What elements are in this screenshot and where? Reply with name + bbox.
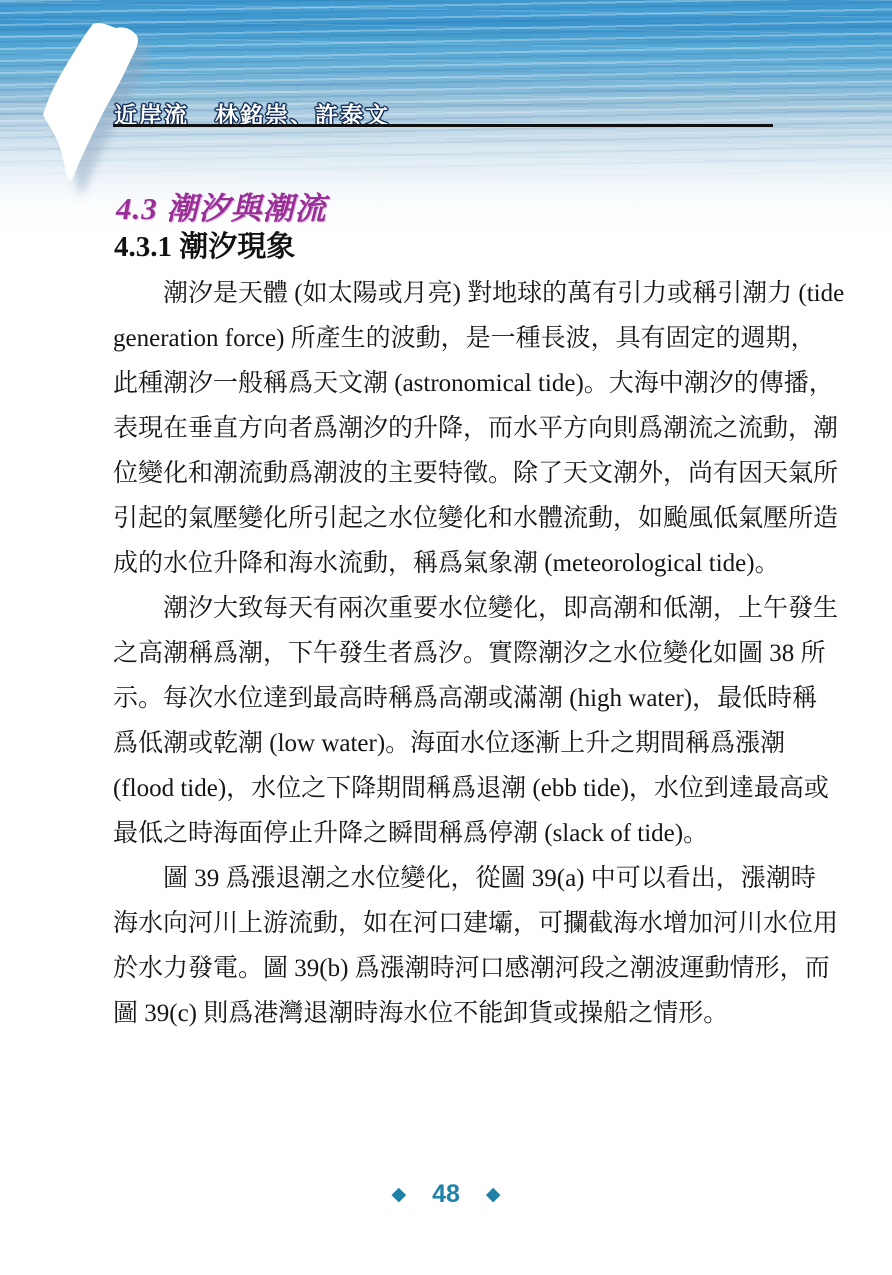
diamond-icon: ◆ [486,1185,501,1204]
text-line: generation force) 所產生的波動，是一種長波，具有固定的週期， [113,316,777,361]
text-line: 最低之時海面停止升降之瞬間稱爲停潮 (slack of tide)。 [113,811,777,856]
text-line: 之高潮稱爲潮，下午發生者爲汐。實際潮汐之水位變化如圖 38 所 [113,631,777,676]
text-line: 引起的氣壓變化所引起之水位變化和水體流動，如颱風低氣壓所造 [113,496,777,541]
text-line: 表現在垂直方向者爲潮汐的升降，而水平方向則爲潮流之流動，潮 [113,406,777,451]
header-rule [113,124,773,127]
page-footer: ◆ 48 ◆ [0,1180,892,1209]
section-heading: 4.3 潮汐與潮流 [116,183,327,228]
text-line: (flood tide)，水位之下降期間稱爲退潮 (ebb tide)，水位到達… [113,766,777,811]
paragraph: 圖 39 爲漲退潮之水位變化，從圖 39(a) 中可以看出，漲潮時 海水向河川上… [113,856,777,1036]
page: 近岸流林銘崇、許泰文 4.3 潮汐與潮流 4.3.1 潮汐現象 潮汐是天體 (如… [0,0,892,1275]
text-line: 成的水位升降和海水流動，稱爲氣象潮 (meteorological tide)。 [113,541,777,586]
text-line: 示。每次水位達到最高時稱爲高潮或滿潮 (high water)，最低時稱 [113,676,777,721]
text-line: 此種潮汐一般稱爲天文潮 (astronomical tide)。大海中潮汐的傳播… [113,361,777,406]
text-line: 圖 39 爲漲退潮之水位變化，從圖 39(a) 中可以看出，漲潮時 [113,856,777,901]
subsection-heading: 4.3.1 潮汐現象 [114,224,295,265]
page-number: 48 [432,1180,460,1209]
text-line: 潮汐是天體 (如太陽或月亮) 對地球的萬有引力或稱引潮力 (tide [113,271,777,316]
text-line: 海水向河川上游流動，如在河口建壩，可攔截海水增加河川水位用 [113,901,777,946]
text-line: 爲低潮或乾潮 (low water)。海面水位逐漸上升之期間稱爲漲潮 [113,721,777,766]
text-line: 潮汐大致每天有兩次重要水位變化，即高潮和低潮，上午發生 [113,586,777,631]
diamond-icon: ◆ [391,1185,406,1204]
text-line: 位變化和潮流動爲潮波的主要特徵。除了天文潮外，尚有因天氣所 [113,451,777,496]
paragraph: 潮汐是天體 (如太陽或月亮) 對地球的萬有引力或稱引潮力 (tide gener… [113,271,777,586]
text-line: 圖 39(c) 則爲港灣退潮時海水位不能卸貨或操船之情形。 [113,991,777,1036]
paragraph: 潮汐大致每天有兩次重要水位變化，即高潮和低潮，上午發生 之高潮稱爲潮，下午發生者… [113,586,777,856]
body-text: 潮汐是天體 (如太陽或月亮) 對地球的萬有引力或稱引潮力 (tide gener… [113,271,777,1036]
text-line: 於水力發電。圖 39(b) 爲漲潮時河口感潮河段之潮波運動情形，而 [113,946,777,991]
